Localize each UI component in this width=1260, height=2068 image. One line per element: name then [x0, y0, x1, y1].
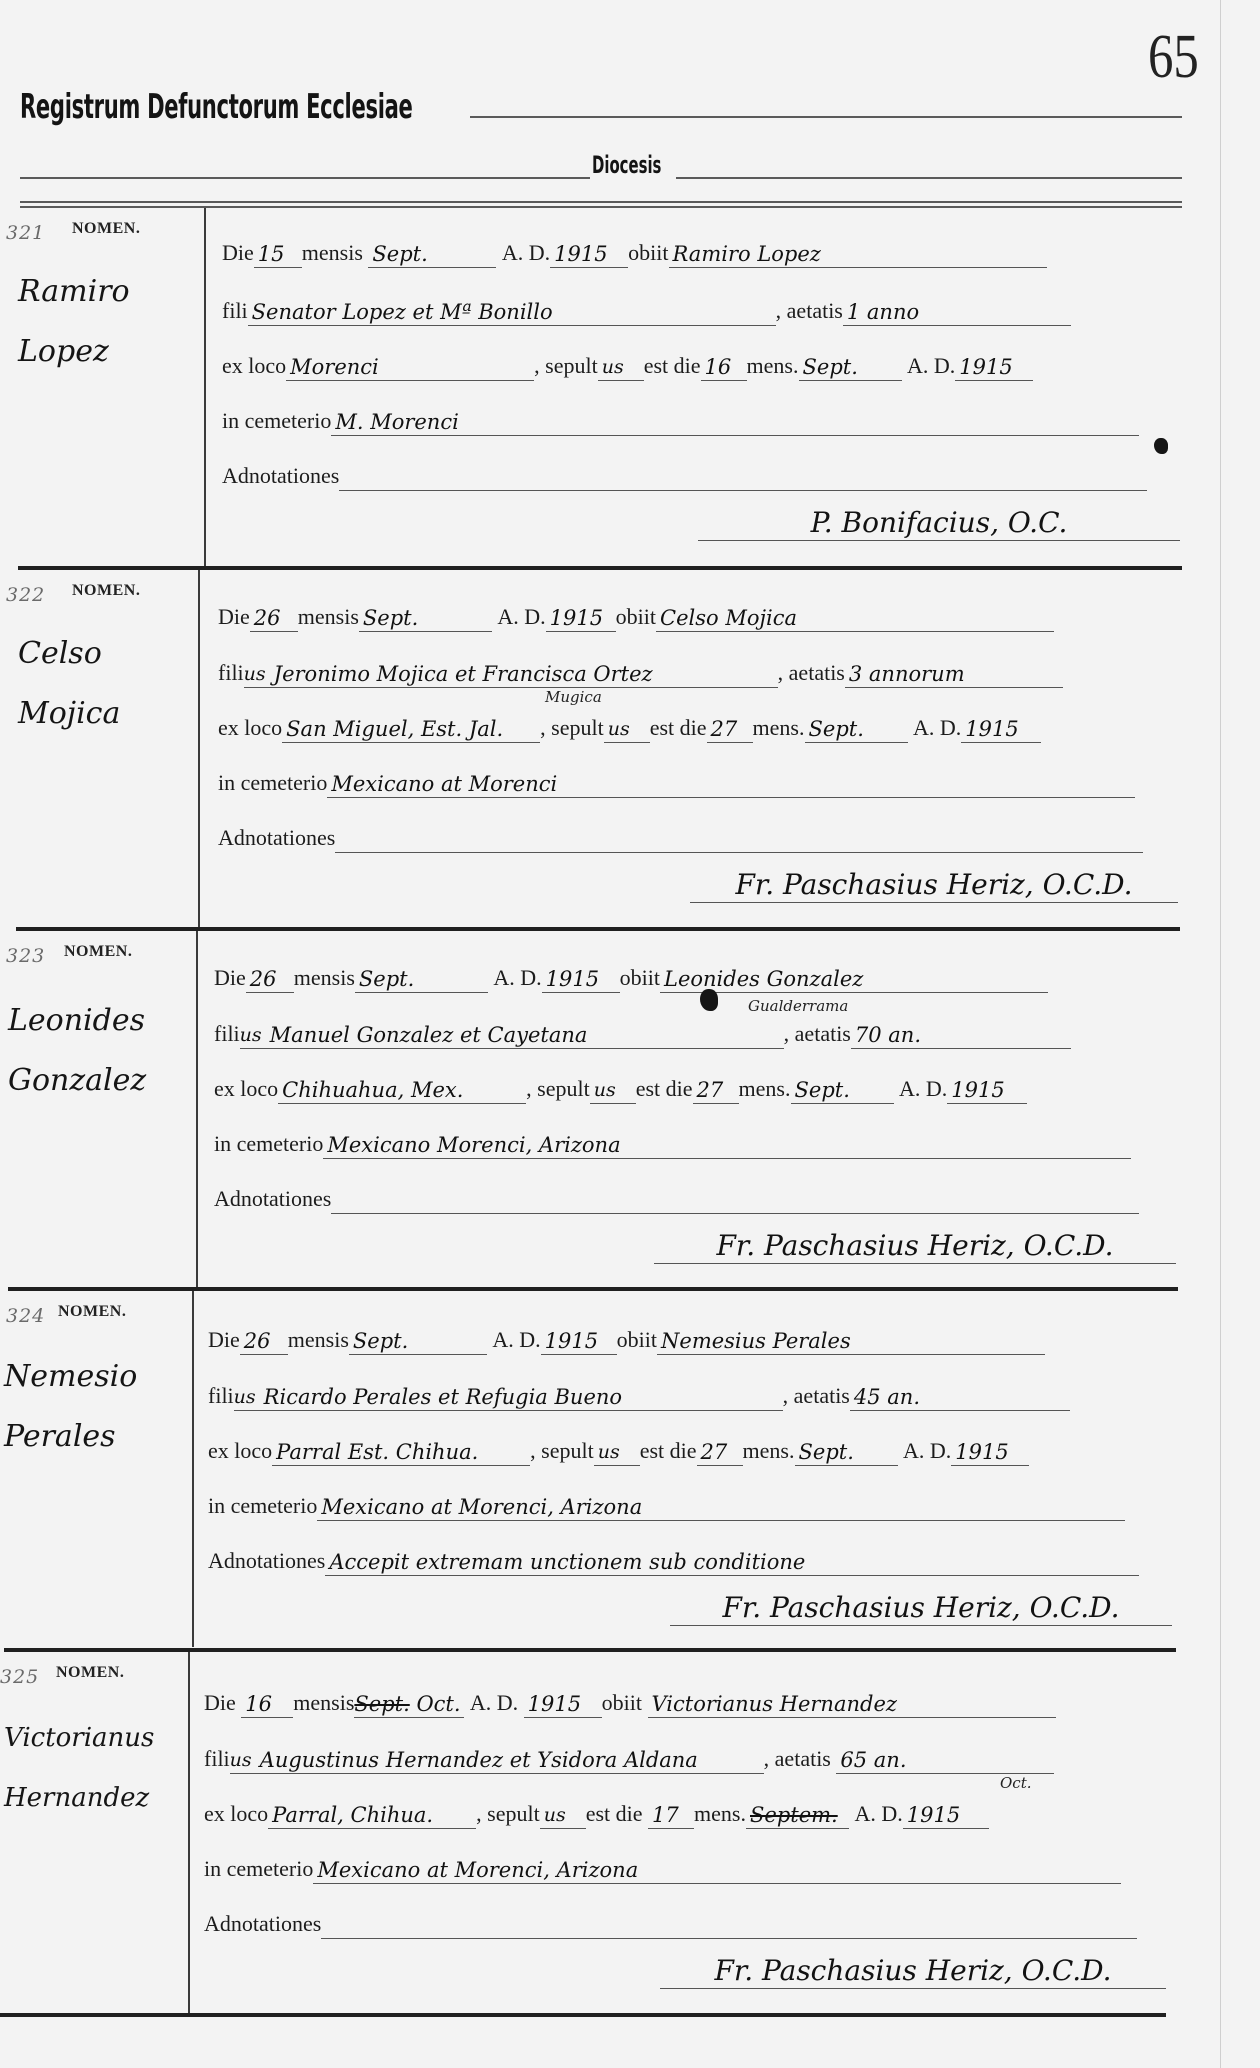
- register-title: Registrum Defunctorum Ecclesiae: [20, 88, 413, 126]
- cemetery-line: in cemeterio Mexicano at Morenci, Arizon…: [208, 1491, 1125, 1521]
- burial-year: 1915: [961, 716, 1041, 743]
- age: 65 an.: [836, 1747, 1054, 1774]
- annotations: [321, 1912, 1137, 1939]
- diocesis-rule-left: [20, 177, 590, 179]
- age: 45 an.: [850, 1384, 1070, 1411]
- cemetery-name: M. Morenci: [331, 409, 1139, 436]
- deceased-name: Victorianus Hernandez: [648, 1691, 1056, 1718]
- burial-month-struck: Septem.: [746, 1802, 849, 1829]
- annotations-line: Adnotationes Accepit extremam unctionem …: [208, 1546, 1139, 1576]
- cemetery-name: Mexicano at Morenci, Arizona: [313, 1857, 1121, 1884]
- margin-name-last: Gonzalez: [8, 1051, 183, 1111]
- origin-burial-line: ex loco Parral, Chihua. , sepultus est d…: [204, 1799, 989, 1829]
- burial-day: 16: [701, 354, 747, 381]
- deceased-name: Ramiro Lopez: [669, 241, 1047, 268]
- deceased-name: Celso Mojica: [656, 605, 1054, 632]
- parents-line: filius Ricardo Perales et Refugia Bueno …: [208, 1381, 1070, 1411]
- deceased-name: Nemesius Perales: [657, 1328, 1045, 1355]
- interlinear-correction: Mugica: [545, 688, 602, 706]
- annotations: Accepit extremam unctionem sub condition…: [325, 1549, 1139, 1576]
- margin-name: Ramiro Lopez: [18, 262, 193, 382]
- origin-burial-line: ex loco Morenci , sepultus est die 16 me…: [222, 351, 1033, 381]
- nomen-label: NOMEN.: [72, 220, 140, 238]
- death-month: Sept.: [368, 241, 496, 268]
- annotations-line: Adnotationes: [218, 823, 1143, 853]
- cemetery-line: in cemeterio M. Morenci: [222, 406, 1139, 436]
- burial-day: 27: [707, 716, 753, 743]
- priest-signature: Fr. Paschasius Heriz, O.C.D.: [690, 868, 1178, 903]
- burial-year: 1915: [947, 1077, 1027, 1104]
- burial-year: 1915: [903, 1802, 989, 1829]
- death-date-line: Die 26 mensis Sept. A. D. 1915 obiit Cel…: [218, 602, 1054, 632]
- parents-names: Jeronimo Mojica et Francisca Ortez: [270, 661, 778, 688]
- margin-name: Nemesio Perales: [4, 1347, 179, 1467]
- column-separator: [198, 570, 200, 928]
- diocesis-rule-right: [676, 177, 1182, 179]
- priest-signature: Fr. Paschasius Heriz, O.C.D.: [670, 1591, 1172, 1626]
- entry-number: 321: [6, 222, 45, 244]
- parents-names: Senator Lopez et Mª Bonillo: [248, 299, 776, 326]
- margin-name: Victorianus Hernandez: [4, 1708, 179, 1828]
- parents-line: filius Augustinus Hernandez et Ysidora A…: [204, 1744, 1054, 1774]
- origin-place: Parral Est. Chihua.: [272, 1439, 530, 1466]
- death-date-line: Die 15 mensis Sept. A. D. 1915 obiit Ram…: [222, 238, 1047, 268]
- parents-names: Augustinus Hernandez et Ysidora Aldana: [256, 1747, 764, 1774]
- margin-name-first: Leonides: [8, 991, 183, 1051]
- death-date-line: Die 26 mensis Sept. A. D. 1915 obiit Nem…: [208, 1325, 1045, 1355]
- register-entry: 321 NOMEN. Ramiro Lopez Die 15 mensis Se…: [0, 208, 1260, 568]
- annotations-line: Adnotationes: [222, 461, 1147, 491]
- parents-names: Manuel Gonzalez et Cayetana: [266, 1022, 784, 1049]
- ink-spot: [1154, 438, 1168, 454]
- entry-number: 324: [6, 1305, 45, 1327]
- parents-line: fili Senator Lopez et Mª Bonillo , aetat…: [222, 296, 1071, 326]
- origin-place: Parral, Chihua.: [268, 1802, 476, 1829]
- deceased-name: Leonides Gonzalez: [660, 966, 1048, 993]
- register-entry: 322 NOMEN. Celso Mojica Die 26 mensis Se…: [0, 570, 1260, 928]
- annotations-line: Adnotationes: [214, 1184, 1139, 1214]
- burial-day: 27: [697, 1439, 743, 1466]
- death-month: Sept.: [355, 966, 488, 993]
- death-date-line: Die 26 mensis Sept. A. D. 1915 obiit Leo…: [214, 963, 1048, 993]
- death-day: 26: [246, 966, 294, 993]
- nomen-label: NOMEN.: [64, 943, 132, 961]
- death-day: 26: [240, 1328, 288, 1355]
- death-month: Sept. Oct.: [354, 1691, 464, 1718]
- origin-burial-line: ex loco Parral Est. Chihua. , sepultus e…: [208, 1436, 1029, 1466]
- header-double-rule-top: [20, 201, 1182, 203]
- burial-day: 17: [648, 1802, 694, 1829]
- death-day: 15: [254, 241, 302, 268]
- margin-name-last: Lopez: [18, 322, 193, 382]
- column-separator: [204, 208, 206, 568]
- death-year: 1915: [541, 1328, 617, 1355]
- margin-name-last: Hernandez: [4, 1768, 179, 1828]
- cemetery-line: in cemeterio Mexicano at Morenci, Arizon…: [204, 1854, 1121, 1884]
- margin-name-first: Nemesio: [4, 1347, 179, 1407]
- margin-name-first: Celso: [18, 624, 193, 684]
- parents-line: filius Manuel Gonzalez et Cayetana , aet…: [214, 1019, 1071, 1049]
- death-year: 1915: [550, 241, 628, 268]
- death-day: 16: [241, 1691, 293, 1718]
- column-separator: [188, 1652, 190, 2014]
- margin-name-first: Victorianus: [4, 1708, 179, 1768]
- interlinear-correction: Oct.: [1000, 1774, 1032, 1792]
- nomen-label: NOMEN.: [56, 1664, 124, 1682]
- cemetery-name: Mexicano at Morenci: [327, 771, 1135, 798]
- entry-number: 322: [6, 584, 45, 606]
- origin-place: Chihuahua, Mex.: [278, 1077, 526, 1104]
- age: 1 anno: [843, 299, 1071, 326]
- priest-signature: Fr. Paschasius Heriz, O.C.D.: [660, 1954, 1166, 1989]
- cemetery-name: Mexicano Morenci, Arizona: [323, 1132, 1131, 1159]
- annotations-line: Adnotationes: [204, 1909, 1137, 1939]
- entry-separator: [0, 2013, 1166, 2017]
- death-year: 1915: [524, 1691, 602, 1718]
- annotations: [335, 826, 1143, 853]
- parents-line: filius Jeronimo Mojica et Francisca Orte…: [218, 658, 1063, 688]
- death-year: 1915: [546, 605, 616, 632]
- interlinear-correction: Gualderrama: [748, 997, 848, 1015]
- margin-name-last: Mojica: [18, 684, 193, 744]
- annotations: [339, 464, 1147, 491]
- diocesis-label: Diocesis: [592, 152, 661, 178]
- priest-signature: P. Bonifacius, O.C.: [698, 506, 1180, 541]
- cemetery-line: in cemeterio Mexicano Morenci, Arizona: [214, 1129, 1131, 1159]
- burial-month: Sept.: [795, 1439, 898, 1466]
- margin-name: Celso Mojica: [18, 624, 193, 744]
- burial-month: Sept.: [805, 716, 908, 743]
- margin-name: Leonides Gonzalez: [8, 991, 183, 1111]
- struck-month: Sept.: [354, 1692, 409, 1716]
- entry-number: 323: [6, 945, 45, 967]
- register-entry: 325 NOMEN. Victorianus Hernandez Die 16 …: [0, 1652, 1260, 2014]
- column-separator: [192, 1291, 194, 1647]
- death-month: Sept.: [349, 1328, 487, 1355]
- column-separator: [196, 931, 198, 1287]
- origin-place: San Miguel, Est. Jal.: [282, 716, 540, 743]
- death-date-line: Die 16 mensis Sept. Oct. A. D. 1915 obii…: [204, 1688, 1056, 1718]
- burial-year: 1915: [951, 1439, 1029, 1466]
- burial-year: 1915: [955, 354, 1033, 381]
- age: 3 annorum: [845, 661, 1063, 688]
- burial-month: Sept.: [791, 1077, 894, 1104]
- nomen-label: NOMEN.: [58, 1303, 126, 1321]
- cemetery-line: in cemeterio Mexicano at Morenci: [218, 768, 1135, 798]
- margin-name-first: Ramiro: [18, 262, 193, 322]
- death-month: Sept.: [359, 605, 492, 632]
- death-year: 1915: [542, 966, 620, 993]
- church-name-rule: [470, 116, 1182, 118]
- death-day: 26: [250, 605, 298, 632]
- parents-names: Ricardo Perales et Refugia Bueno: [260, 1384, 783, 1411]
- ink-blot: [700, 989, 718, 1011]
- burial-month: Sept.: [799, 354, 902, 381]
- nomen-label: NOMEN.: [72, 582, 140, 600]
- register-entry: 324 NOMEN. Nemesio Perales Die 26 mensis…: [0, 1291, 1260, 1647]
- age: 70 an.: [851, 1022, 1071, 1049]
- origin-burial-line: ex loco San Miguel, Est. Jal. , sepultus…: [218, 713, 1041, 743]
- entry-number: 325: [0, 1666, 39, 1688]
- register-entry: 323 NOMEN. Leonides Gonzalez Die 26 mens…: [0, 931, 1260, 1287]
- page-number: 65: [1148, 26, 1199, 88]
- annotations: [331, 1187, 1139, 1214]
- cemetery-name: Mexicano at Morenci, Arizona: [317, 1494, 1125, 1521]
- priest-signature: Fr. Paschasius Heriz, O.C.D.: [654, 1229, 1176, 1264]
- origin-burial-line: ex loco Chihuahua, Mex. , sepultus est d…: [214, 1074, 1027, 1104]
- margin-name-last: Perales: [4, 1407, 179, 1467]
- burial-day: 27: [693, 1077, 739, 1104]
- origin-place: Morenci: [286, 354, 534, 381]
